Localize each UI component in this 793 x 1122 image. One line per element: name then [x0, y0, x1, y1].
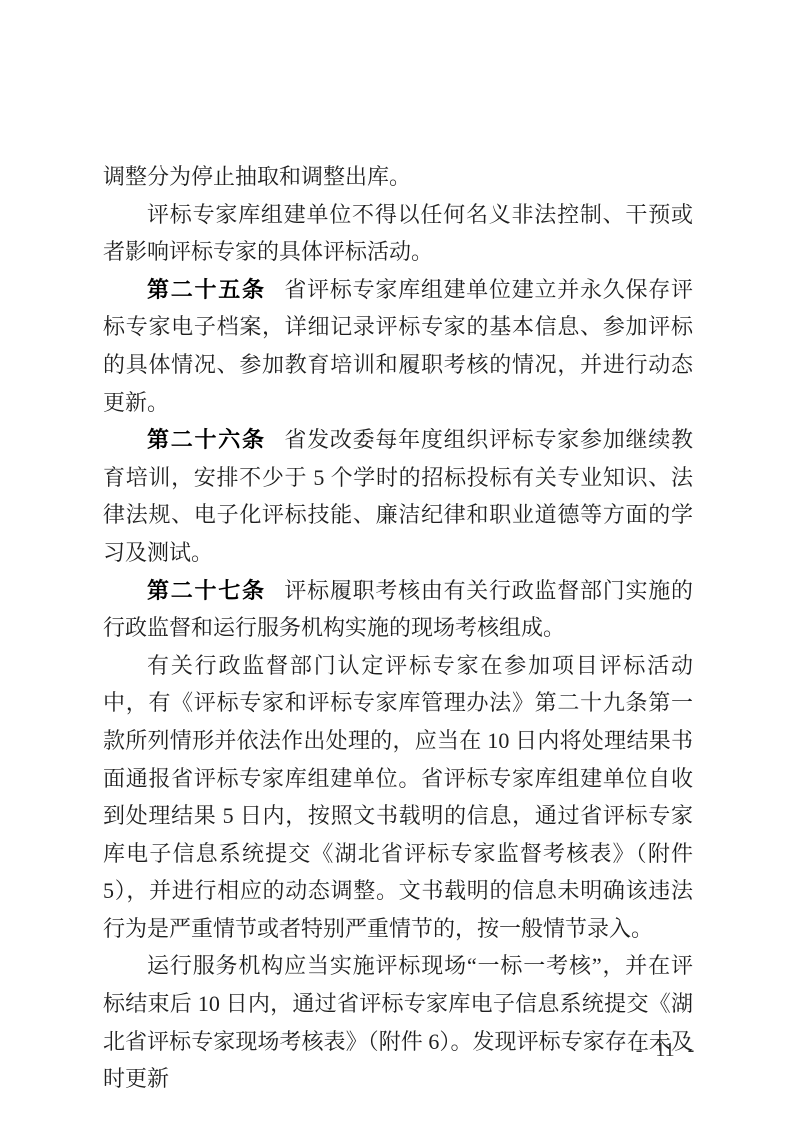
paragraph: 评标专家库组建单位不得以任何名义非法控制、干预或者影响评标专家的具体评标活动。 [103, 196, 693, 271]
paragraph: 第二十七条评标履职考核由有关行政监督部门实施的行政监督和运行服务机构实施的现场考… [103, 572, 693, 647]
document-page: 调整分为停止抽取和调整出库。评标专家库组建单位不得以任何名义非法控制、干预或者影… [0, 0, 793, 1122]
paragraph: 调整分为停止抽取和调整出库。 [103, 158, 693, 196]
article-number: 第二十五条 [147, 277, 266, 302]
paragraph-text: 运行服务机构应当实施评标现场“一标一考核”，并在评标结束后 10 日内，通过省评… [103, 953, 693, 1091]
paragraph-text: 有关行政监督部门认定评标专家在参加项目评标活动中，有《评标专家和评标专家库管理办… [103, 653, 693, 941]
paragraph: 第二十五条省评标专家库组建单位建立并永久保存评标专家电子档案，详细记录评标专家的… [103, 271, 693, 421]
page-number: - 11 - [600, 1036, 730, 1064]
paragraph: 运行服务机构应当实施评标现场“一标一考核”，并在评标结束后 10 日内，通过省评… [103, 947, 693, 1097]
paragraph: 有关行政监督部门认定评标专家在参加项目评标活动中，有《评标专家和评标专家库管理办… [103, 647, 693, 948]
paragraph-text: 评标专家库组建单位不得以任何名义非法控制、干预或者影响评标专家的具体评标活动。 [103, 202, 693, 265]
article-number: 第二十六条 [147, 427, 266, 452]
paragraph-text: 调整分为停止抽取和调整出库。 [103, 164, 411, 189]
article-number: 第二十七条 [147, 578, 266, 603]
paragraph: 第二十六条省发改委每年度组织评标专家参加继续教育培训，安排不少于 5 个学时的招… [103, 421, 693, 571]
body-text: 调整分为停止抽取和调整出库。评标专家库组建单位不得以任何名义非法控制、干预或者影… [103, 158, 693, 1098]
